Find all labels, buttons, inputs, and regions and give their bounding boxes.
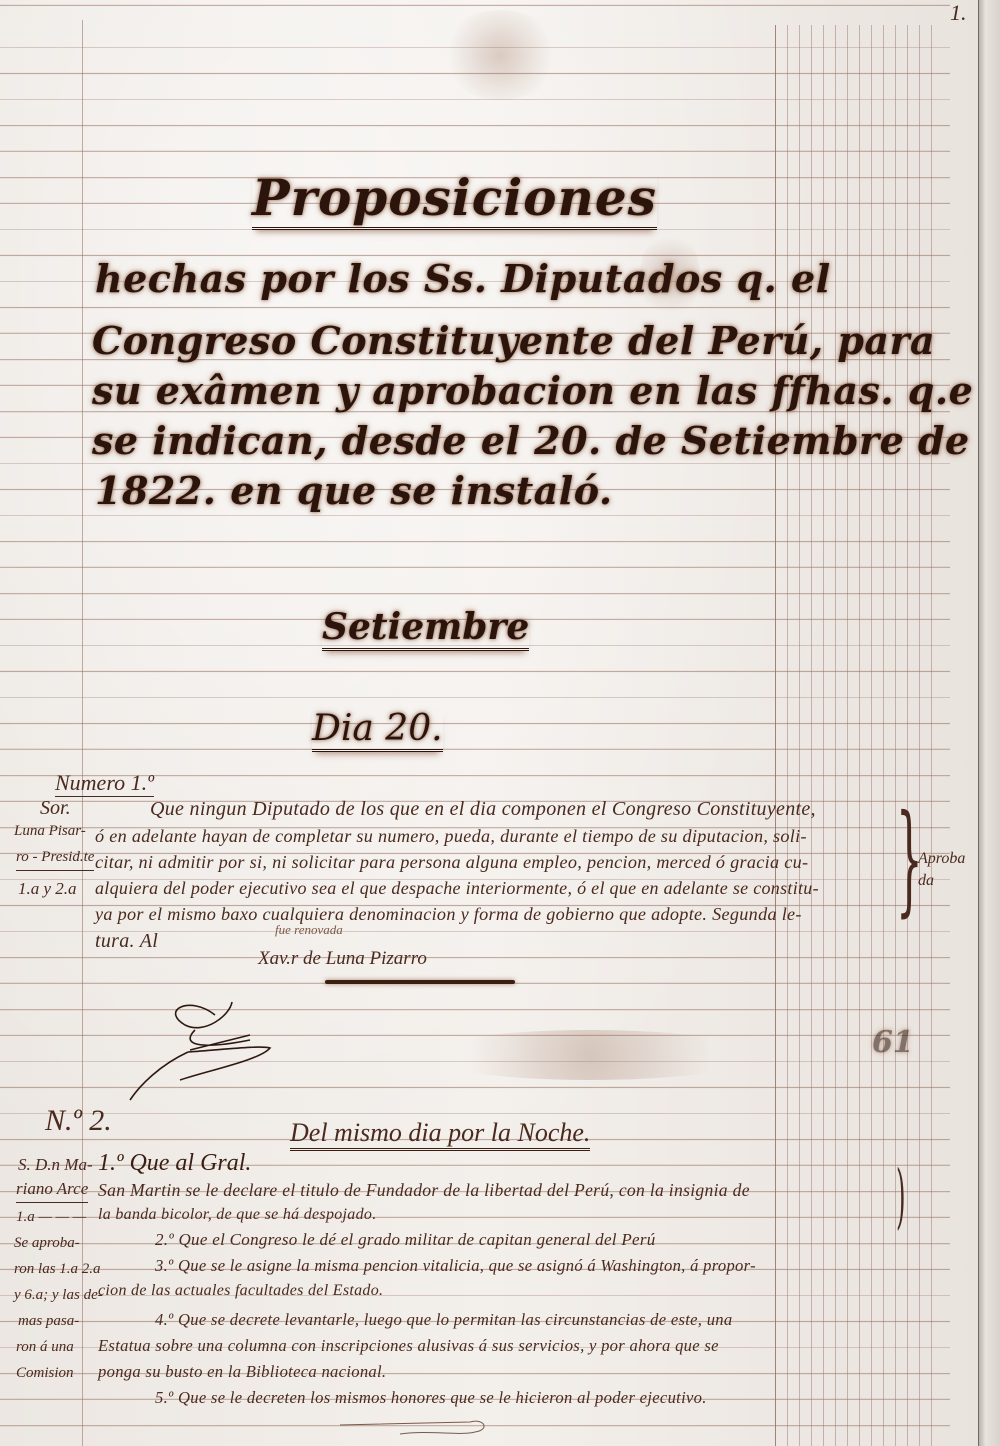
- entry1-margin-note-2: ro - Presid.te: [16, 844, 94, 871]
- ink-stain: [420, 1030, 760, 1080]
- entry1-number-label: Numero 1.º: [55, 770, 154, 797]
- end-flourish-icon: [340, 1410, 500, 1440]
- signature-underline: [325, 980, 515, 984]
- stray-mark: 61: [872, 1025, 914, 1060]
- entry1-right-note-0: Aproba: [918, 850, 965, 868]
- page-edge: [978, 0, 1000, 1446]
- entry1-line-3: citar, ni admitir por si, ni solicitar p…: [95, 852, 808, 873]
- entry2-item1-line-3: la banda bicolor, de que se há despojado…: [98, 1206, 377, 1224]
- entry2-margin-note-8: Comision: [16, 1360, 74, 1386]
- entry2-item3-line-2: cion de las actuales facultades del Esta…: [98, 1282, 383, 1300]
- title-line-4: se indican, desde el 20. de Setiembre de: [92, 418, 970, 463]
- entry2-margin-note-4: ron las 1.a 2.a: [14, 1256, 101, 1282]
- day-heading: Dia 20.: [312, 708, 443, 752]
- document-heading: Proposiciones: [252, 168, 657, 230]
- left-margin-rule: [82, 20, 83, 1446]
- entry1-line-6: tura. Al: [95, 930, 158, 953]
- rubric-flourish-icon: [120, 990, 320, 1100]
- entry1-line-4: alquiera del poder ejecutivo sea el que …: [95, 878, 819, 899]
- entry1-margin-note-3: 1.a y 2.a: [18, 876, 77, 902]
- month-heading: Setiembre: [322, 606, 529, 651]
- entry2-item1-line-1: 1.º Que al Gral.: [98, 1150, 251, 1177]
- page-number: 1.: [950, 0, 967, 26]
- entry1-right-note-1: da: [918, 872, 934, 890]
- entry2-item4-line-1: 4.º Que se decrete levantarle, luego que…: [155, 1310, 733, 1330]
- entry2-margin-note-0: S. D.n Ma-: [18, 1152, 93, 1178]
- entry2-item5-line-1: 5.º Que se le decreten los mismos honore…: [155, 1388, 707, 1408]
- ink-stain: [440, 10, 560, 100]
- title-line-5: 1822. en que se instaló.: [95, 468, 613, 513]
- title-line-3: su exâmen y aprobacion en las ffhas. q.e: [92, 368, 973, 413]
- entry2-margin-note-6: mas pasa-: [18, 1308, 79, 1334]
- signature-note: fue renovada: [275, 922, 343, 938]
- title-line-1: hechas por los Ss. Diputados q. el: [95, 256, 831, 301]
- ledger-columns: [775, 25, 935, 1446]
- entry1-line-5: ya por el mismo baxo cualquiera denomina…: [95, 904, 802, 925]
- title-line-2: Congreso Constituyente del Perú, para: [92, 318, 935, 363]
- entry2-section-heading: Del mismo dia por la Noche.: [290, 1118, 590, 1151]
- entry2-margin-note-5: y 6.a; y las de-: [14, 1282, 103, 1308]
- entry2-margin-note-1: riano Arce: [16, 1176, 88, 1203]
- entry2-margin-note-7: ron á una: [16, 1334, 74, 1360]
- entry1-line-1: Que ningun Diputado de los que en el dia…: [150, 798, 816, 821]
- heading-text: Proposiciones: [252, 168, 657, 227]
- entry2-item4-line-3: ponga su busto en la Biblioteca nacional…: [98, 1362, 386, 1382]
- entry2-item1-line-2: San Martin se le declare el titulo de Fu…: [98, 1180, 750, 1201]
- signature: Xav.r de Luna Pizarro: [258, 948, 427, 970]
- entry2-item2-line-1: 2.º Que el Congreso le dé el grado milit…: [155, 1230, 656, 1250]
- entry2-brace: ): [896, 1155, 906, 1237]
- entry2-margin-note-2: 1.a — — —: [16, 1204, 86, 1230]
- entry2-number-label: N.º 2.: [45, 1104, 112, 1138]
- entry2-item3-line-1: 3.º Que se le asigne la misma pencion vi…: [155, 1256, 756, 1276]
- entry2-margin-note-3: Se aproba-: [14, 1230, 80, 1256]
- entry1-margin-note-1: Luna Pisar-: [14, 818, 86, 844]
- entry1-line-2: ó en adelante hayan de completar su nume…: [95, 826, 807, 847]
- entry2-item4-line-2: Estatua sobre una columna con inscripcio…: [98, 1336, 719, 1356]
